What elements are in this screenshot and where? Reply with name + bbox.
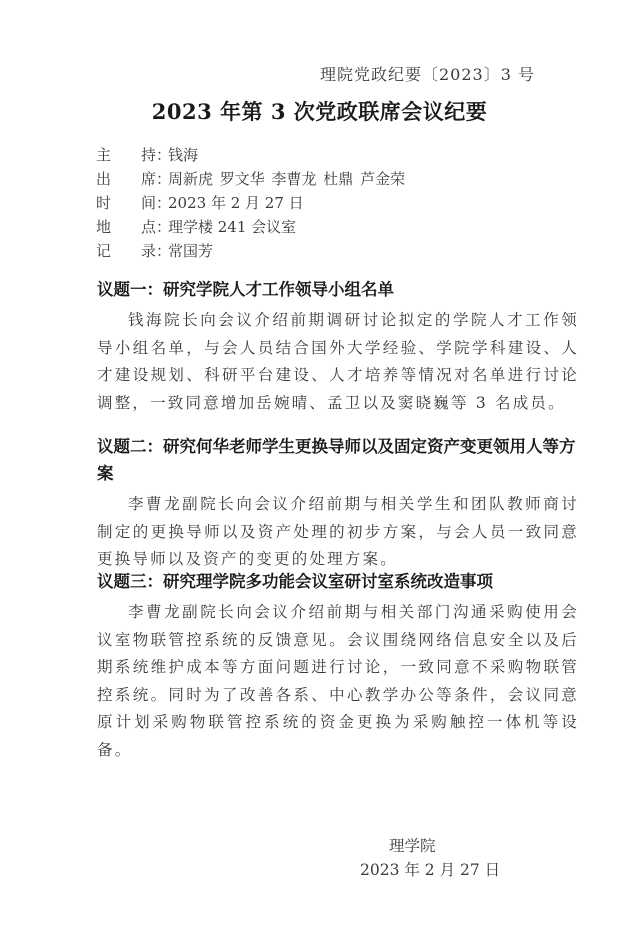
meta-value-recorder: 常国芳 [168, 239, 213, 263]
topic-body: 李曹龙副院长向会议介绍前期与相关部门沟通采购使用会议室物联管控系统的反馈意见。会… [97, 599, 579, 764]
meta-value-host: 钱海 [168, 143, 198, 167]
topic-3: 议题三：研究理学院多功能会议室研讨室系统改造事项 李曹龙副院长向会议介绍前期与相… [97, 568, 579, 764]
meta-row-time: 时间 ： 2023 年 2 月 27 日 [96, 191, 405, 215]
meta-colon: ： [156, 143, 168, 167]
topic-heading: 议题一：研究学院人才工作领导小组名单 [97, 276, 579, 303]
meta-label: 记录 [96, 239, 156, 263]
meta-colon: ： [156, 239, 168, 263]
meta-label: 主持 [96, 143, 156, 167]
meta-value-time: 2023 年 2 月 27 日 [168, 191, 304, 215]
signature-org: 理学院 [389, 834, 436, 856]
meta-colon: ： [156, 215, 168, 239]
meta-label: 出席 [96, 167, 156, 191]
meta-colon: ： [156, 191, 168, 215]
meta-label: 地点 [96, 215, 156, 239]
meta-row-location: 地点 ： 理学楼 241 会议室 [96, 215, 405, 239]
signature-date: 2023 年 2 月 27 日 [360, 858, 500, 880]
meta-value-location: 理学楼 241 会议室 [168, 215, 296, 239]
meta-row-recorder: 记录 ： 常国芳 [96, 239, 405, 263]
topic-body: 李曹龙副院长向会议介绍前期与相关学生和团队教师商讨制定的更换导师以及资产处理的初… [97, 491, 579, 574]
document-page: 理院党政纪要〔2023〕3 号 2023 年第 3 次党政联席会议纪要 主持 ：… [0, 0, 639, 940]
topic-heading: 议题三：研究理学院多功能会议室研讨室系统改造事项 [97, 568, 579, 595]
meta-row-attendees: 出席 ： 周新虎 罗文华 李曹龙 杜鼎 芦金荣 [96, 167, 405, 191]
meta-value-attendees: 周新虎 罗文华 李曹龙 杜鼎 芦金荣 [168, 167, 405, 191]
document-number: 理院党政纪要〔2023〕3 号 [320, 62, 535, 85]
topic-body: 钱海院长向会议介绍前期调研讨论拟定的学院人才工作领导小组名单，与会人员结合国外大… [97, 307, 579, 417]
meta-row-host: 主持 ： 钱海 [96, 143, 405, 167]
meta-colon: ： [156, 167, 168, 191]
meta-label: 时间 [96, 191, 156, 215]
document-title: 2023 年第 3 次党政联席会议纪要 [0, 96, 639, 126]
meeting-info: 主持 ： 钱海 出席 ： 周新虎 罗文华 李曹龙 杜鼎 芦金荣 时间 ： 202… [96, 143, 405, 263]
topic-heading: 议题二：研究何华老师学生更换导师以及固定资产变更领用人等方案 [97, 433, 579, 487]
topic-1: 议题一：研究学院人才工作领导小组名单 钱海院长向会议介绍前期调研讨论拟定的学院人… [97, 276, 579, 417]
topic-2: 议题二：研究何华老师学生更换导师以及固定资产变更领用人等方案 李曹龙副院长向会议… [97, 433, 579, 574]
